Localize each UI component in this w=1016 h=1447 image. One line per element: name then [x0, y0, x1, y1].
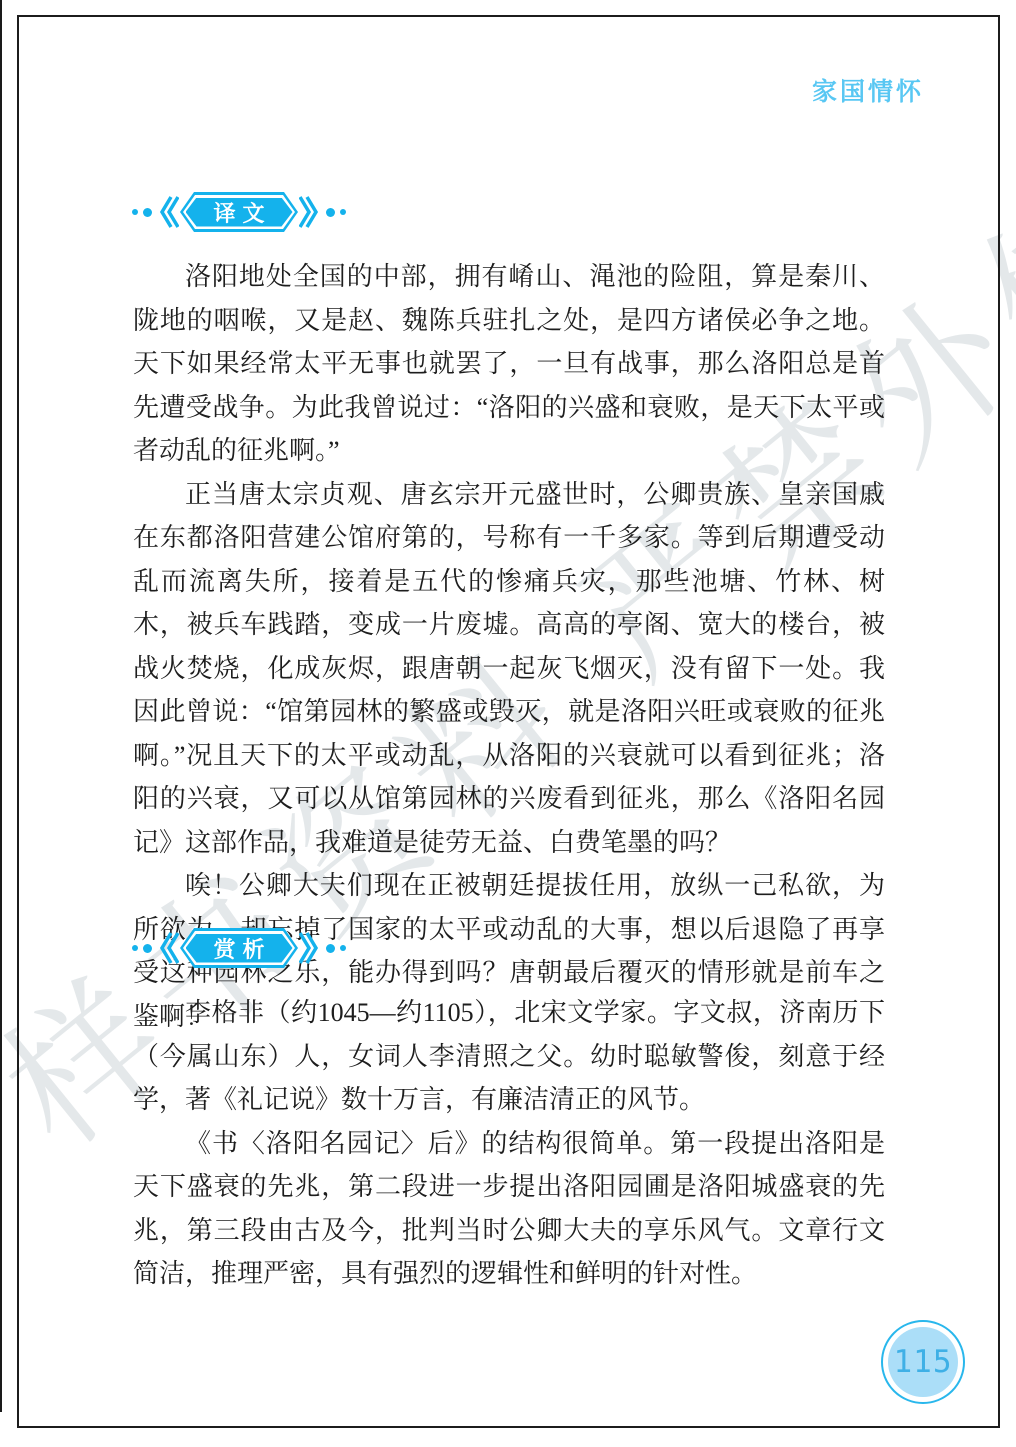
section-badge-appreciation: 赏析: [132, 928, 346, 968]
page-number-circle: 115: [881, 1320, 965, 1404]
translation-paragraph: 洛阳地处全国的中部，拥有崤山、渑池的险阻，算是秦川、陇地的咽喉，又是赵、魏陈兵驻…: [133, 255, 885, 473]
badge-dot-icon: [340, 209, 346, 215]
scan-edge-line: [0, 0, 2, 1412]
badge-dot-icon: [143, 944, 152, 953]
badge-dot-icon: [132, 209, 138, 215]
badge-dot-icon: [326, 208, 335, 217]
badge-hexagon: 译文: [180, 192, 298, 232]
appreciation-paragraph: 李格非（约1045—约1105），北宋文学家。字文叔，济南历下（今属山东）人，女…: [133, 991, 885, 1122]
badge-label: 赏析: [206, 933, 271, 964]
appreciation-paragraph: 《书〈洛阳名园记〉后》的结构很简单。第一段提出洛阳是天下盛衰的先兆，第二段进一步…: [133, 1122, 885, 1296]
section-badge-translation: 译文: [132, 192, 346, 232]
badge-dot-icon: [132, 945, 138, 951]
badge-right-chevron-icon: [299, 192, 321, 232]
page-number: 115: [894, 1344, 953, 1380]
badge-dot-icon: [340, 945, 346, 951]
translation-text-block: 洛阳地处全国的中部，拥有崤山、渑池的险阻，算是秦川、陇地的咽喉，又是赵、魏陈兵驻…: [133, 255, 885, 1038]
badge-dot-icon: [326, 944, 335, 953]
badge-right-chevron-icon: [299, 928, 321, 968]
appreciation-text-block: 李格非（约1045—约1105），北宋文学家。字文叔，济南历下（今属山东）人，女…: [133, 991, 885, 1296]
page-header-category: 家国情怀: [812, 72, 924, 108]
badge-left-chevron-icon: [157, 192, 179, 232]
book-page: 样书资料 严禁外传 家国情怀 译文 洛阳地处全国的中部，拥有崤山、渑池的险阻，算…: [0, 0, 1016, 1447]
translation-paragraph: 正当唐太宗贞观、唐玄宗开元盛世时，公卿贵族、皇亲国戚在东都洛阳营建公馆府第的，号…: [133, 473, 885, 865]
badge-dot-icon: [143, 208, 152, 217]
badge-left-chevron-icon: [157, 928, 179, 968]
badge-label: 译文: [206, 197, 271, 228]
badge-hexagon: 赏析: [180, 928, 298, 968]
